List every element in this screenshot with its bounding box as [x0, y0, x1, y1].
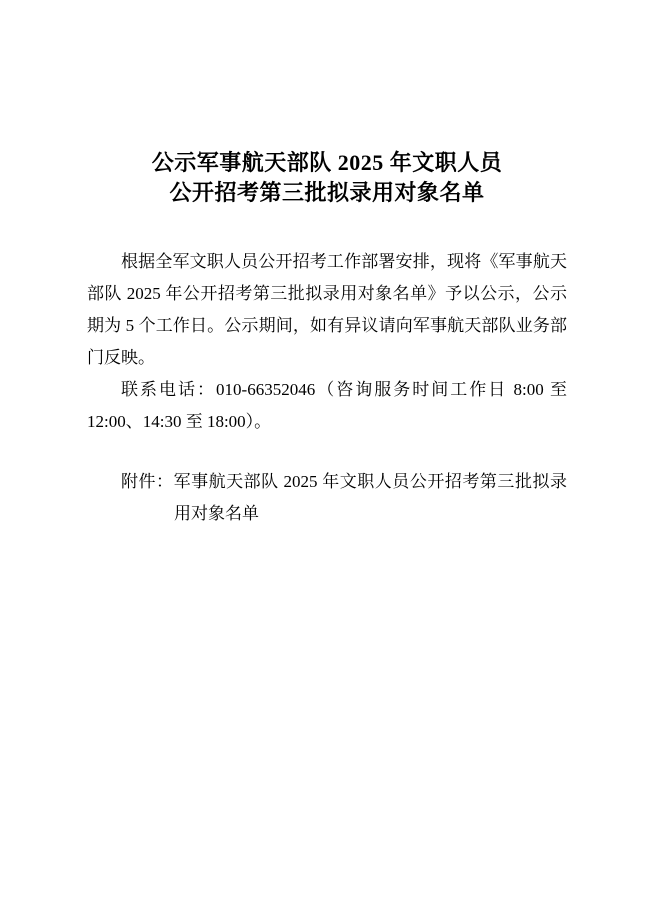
document-body: 根据全军文职人员公开招考工作部署安排，现将《军事航天 部队 2025 年公开招考… [87, 246, 567, 530]
body-line: 期为 5 个工作日。公示期间，如有异议请向军事航天部队业务部 [87, 310, 567, 342]
title-line-1: 公示军事航天部队 2025 年文职人员 [87, 148, 567, 178]
body-line: 门反映。 [87, 342, 567, 374]
paragraph-announcement: 根据全军文职人员公开招考工作部署安排，现将《军事航天 部队 2025 年公开招考… [87, 246, 567, 374]
attachment-line-1: 附件：军事航天部队 2025 年文职人员公开招考第三批拟录 [87, 466, 567, 498]
contact-line: 12:00、14:30 至 18:00）。 [87, 406, 567, 438]
attachment-title-part-2: 用对象名单 [87, 498, 567, 530]
contact-line: 联系电话：010-66352046（咨询服务时间工作日 8:00 至 [87, 374, 567, 406]
body-line: 部队 2025 年公开招考第三批拟录用对象名单》予以公示，公示 [87, 278, 567, 310]
body-line: 根据全军文职人员公开招考工作部署安排，现将《军事航天 [87, 246, 567, 278]
paragraph-contact: 联系电话：010-66352046（咨询服务时间工作日 8:00 至 12:00… [87, 374, 567, 438]
attachment-label: 附件： [121, 472, 174, 491]
attachment-title-part-1: 军事航天部队 2025 年文职人员公开招考第三批拟录 [174, 472, 567, 491]
attachment-section: 附件：军事航天部队 2025 年文职人员公开招考第三批拟录 用对象名单 [87, 466, 567, 530]
document-title: 公示军事航天部队 2025 年文职人员 公开招考第三批拟录用对象名单 [87, 148, 567, 208]
title-line-2: 公开招考第三批拟录用对象名单 [87, 178, 567, 208]
document-page: 公示军事航天部队 2025 年文职人员 公开招考第三批拟录用对象名单 根据全军文… [0, 0, 650, 919]
